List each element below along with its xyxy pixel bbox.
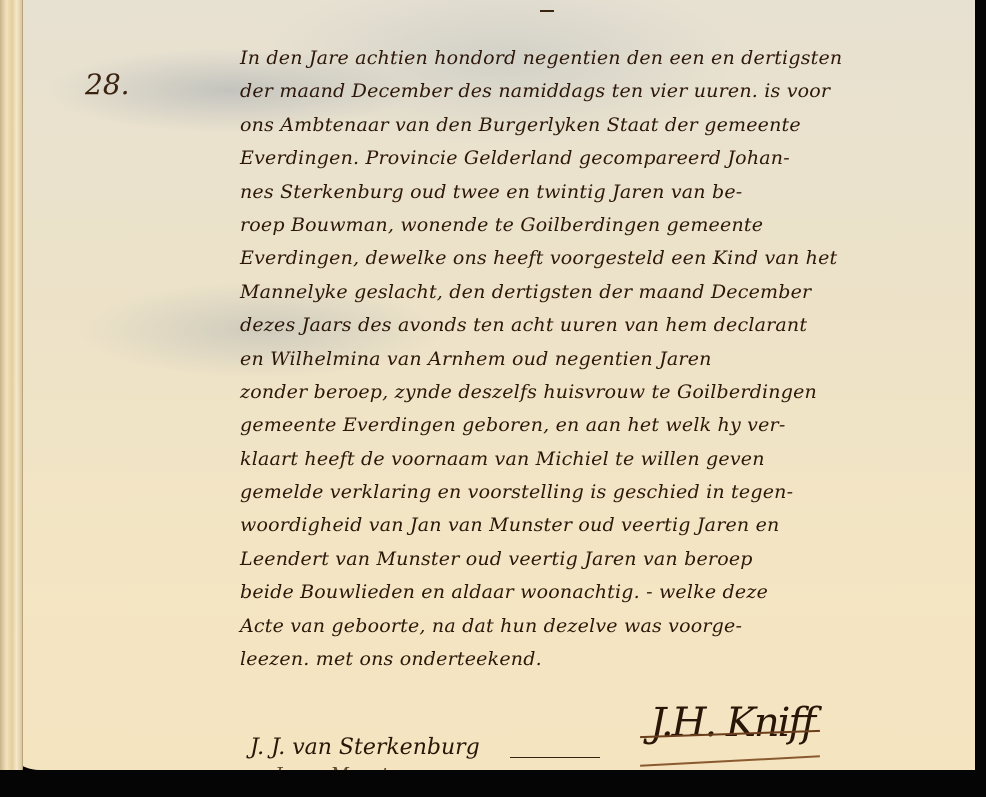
signature-flourish <box>640 755 820 766</box>
text-line: Everdingen. Provincie Gelderland gecompa… <box>240 142 975 175</box>
text-line: Leendert van Munster oud veertig Jaren v… <box>240 543 975 576</box>
text-line: gemeente Everdingen geboren, en aan het … <box>240 409 975 442</box>
text-line: zonder beroep, zynde deszelfs huisvrouw … <box>240 376 975 409</box>
entry-number: 28. <box>85 68 130 101</box>
text-line: en Wilhelmina van Arnhem oud negentien J… <box>240 343 975 376</box>
signature-official: J.H. Kniff <box>650 700 814 746</box>
text-line: dezes Jaars des avonds ten acht uuren va… <box>240 309 975 342</box>
text-line: klaart heeft de voornaam van Michiel te … <box>240 443 975 476</box>
scan-border-right <box>975 0 986 797</box>
text-line: Everdingen, dewelke ons heeft voorgestel… <box>240 242 975 275</box>
signature-father: J. J. van Sterkenburg <box>250 735 480 760</box>
text-line: der maand December des namiddags ten vie… <box>240 75 975 108</box>
text-line: beide Bouwlieden en aldaar woonachtig. -… <box>240 576 975 609</box>
text-line: Acte van geboorte, na dat hun dezelve wa… <box>240 610 975 643</box>
text-line: roep Bouwman, wonende te Goilberdingen g… <box>240 209 975 242</box>
signature-underline <box>510 757 600 758</box>
handwritten-entry-text: In den Jare achtien hondord negentien de… <box>240 42 975 676</box>
text-line: woordigheid van Jan van Munster oud veer… <box>240 509 975 542</box>
top-mark <box>540 10 554 12</box>
book-binding <box>0 0 23 770</box>
text-line: Mannelyke geslacht, den dertigsten der m… <box>240 276 975 309</box>
text-line: gemelde verklaring en voorstelling is ge… <box>240 476 975 509</box>
register-page: 28. In den Jare achtien hondord negentie… <box>0 0 975 770</box>
text-line: nes Sterkenburg oud twee en twintig Jare… <box>240 176 975 209</box>
text-line: In den Jare achtien hondord negentien de… <box>240 42 975 75</box>
text-line: leezen. met ons onderteekend. <box>240 643 975 676</box>
scan-border-bottom <box>0 770 986 797</box>
text-line: ons Ambtenaar van den Burgerlyken Staat … <box>240 109 975 142</box>
